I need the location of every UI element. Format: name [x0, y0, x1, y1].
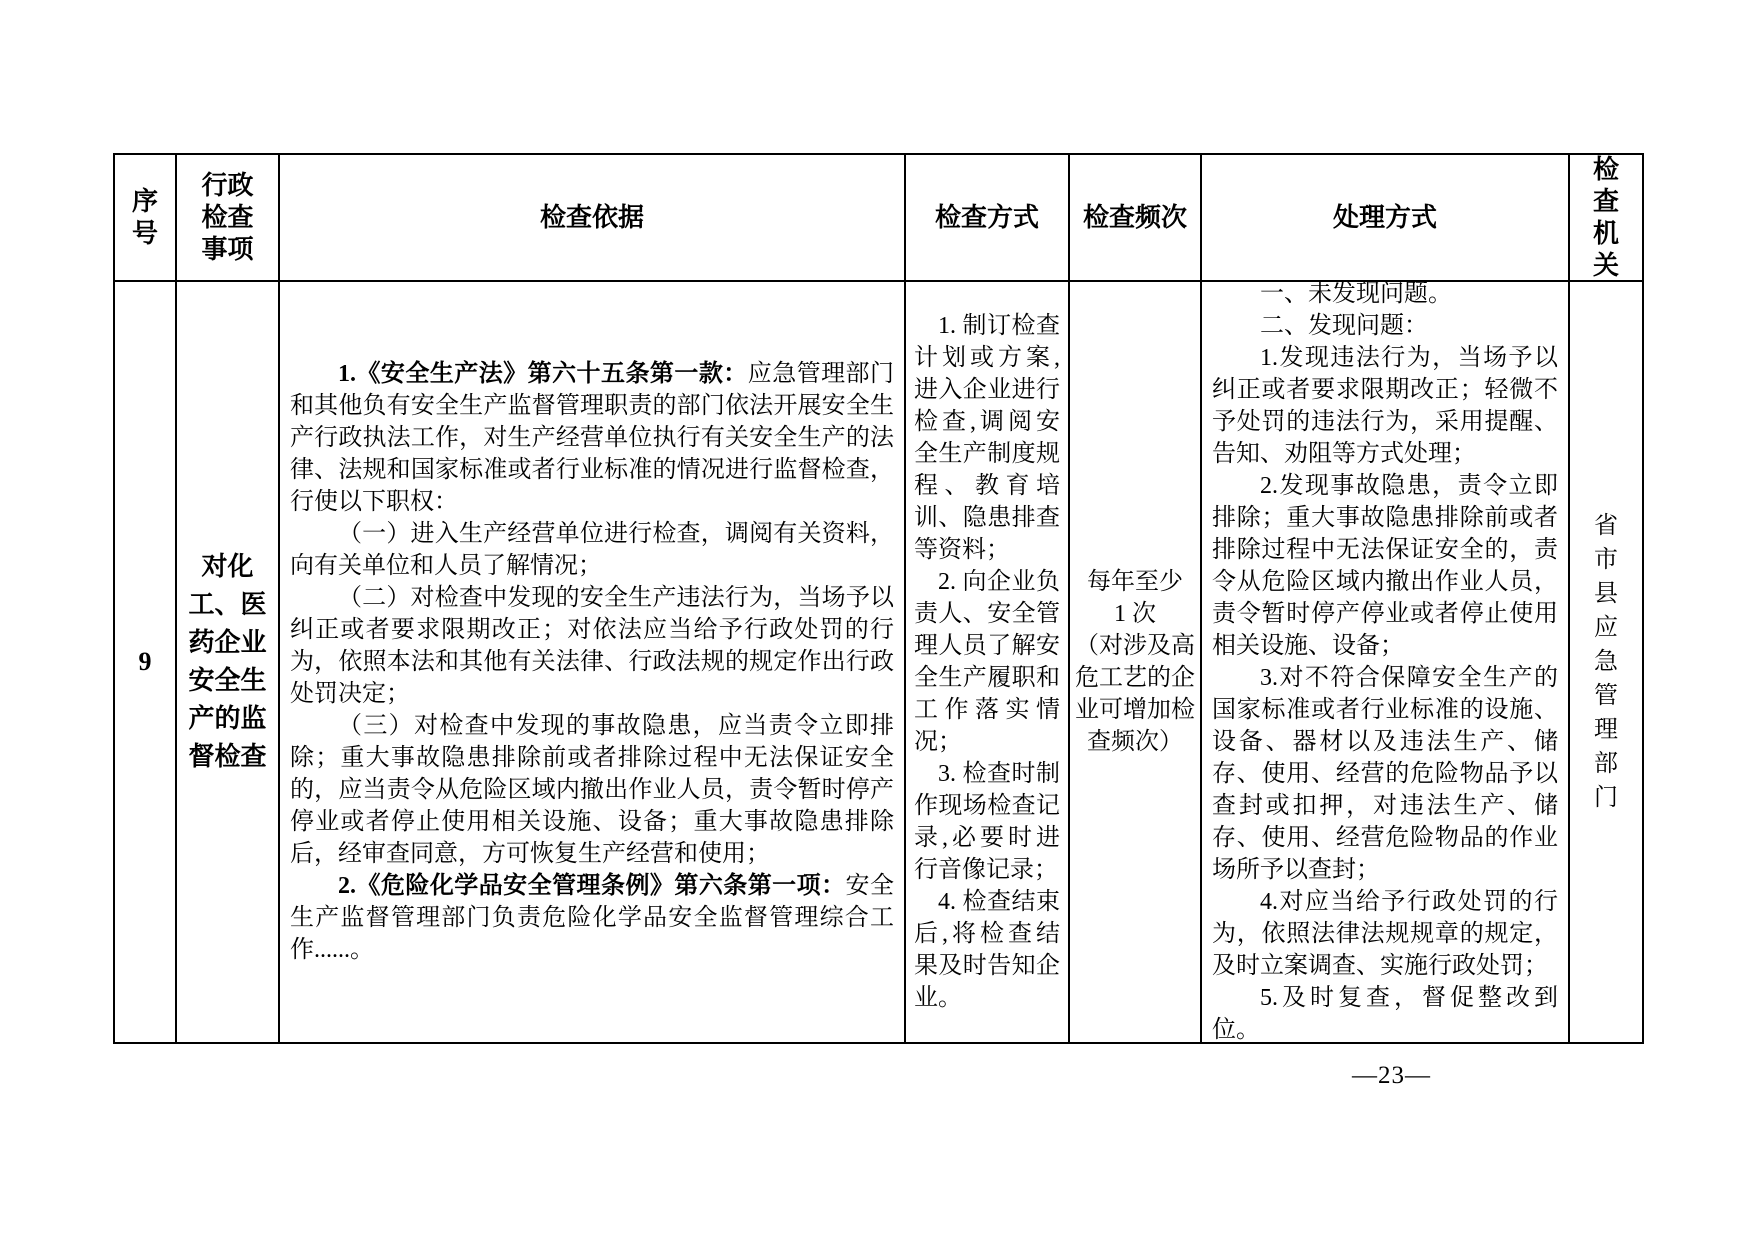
- authority-text: 省市县应急管理部门: [1593, 509, 1618, 815]
- paragraph: 1.发现违法行为，当场予以纠正或者要求限期改正；轻微不予处罚的违法行为，采用提醒…: [1212, 342, 1558, 470]
- paragraph: （二）对检查中发现的安全生产违法行为，当场予以纠正或者要求限期改正；对依法应当给…: [290, 582, 894, 710]
- paragraph: （一）进入生产经营单位进行检查，调阅有关资料，向有关单位和人员了解情况；: [290, 518, 894, 582]
- cell-frequency: 每年至少 1 次 （对涉及高危工艺的企业可增加检查频次）: [1070, 282, 1202, 1042]
- inspection-table: 序号 行政检查事项 检查依据 检查方式 检查频次 处理方式 检查机关 9 对化工…: [113, 153, 1644, 1044]
- paragraph: 2. 向企业负责人、安全管理人员了解安全生产履职和工作落实情况；: [914, 566, 1060, 758]
- item-text: 对化工、医药企业安全生产的监督检查: [177, 548, 278, 776]
- paragraph: 二、发现问题：: [1212, 310, 1558, 342]
- header-seq: 序号: [115, 155, 177, 282]
- header-method: 检查方式: [906, 155, 1070, 282]
- basis-bold-lead: 2.《危险化学品安全管理条例》第六条第一项：: [338, 873, 846, 899]
- paragraph: 5.及时复查，督促整改到位。: [1212, 982, 1558, 1042]
- paragraph: 1.《安全生产法》第六十五条第一款：应急管理部门和其他负有安全生产监督管理职责的…: [290, 358, 894, 518]
- paragraph: 1. 制订检查计划或方案,进入企业进行检查,调阅安全生产制度规程、教育培训、隐患…: [914, 310, 1060, 566]
- paragraph: 4.对应当给予行政处罚的行为，依照法律法规规章的规定，及时立案调查、实施行政处罚…: [1212, 886, 1558, 982]
- paragraph: 3.对不符合保障安全生产的国家标准或者行业标准的设施、设备、器材以及违法生产、储…: [1212, 662, 1558, 886]
- header-item: 行政检查事项: [177, 155, 280, 282]
- header-basis-label: 检查依据: [540, 202, 644, 234]
- frequency-line: 1 次: [1074, 598, 1196, 630]
- paragraph: 4. 检查结束后,将检查结果及时告知企业。: [914, 886, 1060, 1014]
- paragraph: （三）对检查中发现的事故隐患，应当责令立即排除；重大事故隐患排除前或者排除过程中…: [290, 710, 894, 870]
- header-basis: 检查依据: [280, 155, 906, 282]
- seq-number: 9: [139, 647, 152, 677]
- header-frequency: 检查频次: [1070, 155, 1202, 282]
- cell-method: 1. 制订检查计划或方案,进入企业进行检查,调阅安全生产制度规程、教育培训、隐患…: [906, 282, 1070, 1042]
- header-authority-label: 检查机关: [1592, 155, 1619, 282]
- cell-seq: 9: [115, 282, 177, 1042]
- paragraph: 一、未发现问题。: [1212, 282, 1558, 310]
- header-handling-label: 处理方式: [1333, 202, 1437, 234]
- frequency-line: 每年至少: [1074, 566, 1196, 598]
- cell-item: 对化工、医药企业安全生产的监督检查: [177, 282, 280, 1042]
- header-method-label: 检查方式: [935, 202, 1039, 234]
- paragraph: 2.《危险化学品安全管理条例》第六条第一项：安全生产监督管理部门负责危险化学品安…: [290, 870, 894, 966]
- basis-bold-lead: 1.《安全生产法》第六十五条第一款：: [338, 361, 748, 387]
- cell-authority: 省市县应急管理部门: [1570, 282, 1642, 1042]
- header-item-label: 行政检查事项: [200, 170, 255, 266]
- cell-basis: 1.《安全生产法》第六十五条第一款：应急管理部门和其他负有安全生产监督管理职责的…: [280, 282, 906, 1042]
- basis-text: （二）对检查中发现的安全生产违法行为，当场予以纠正或者要求限期改正；对依法应当给…: [290, 585, 894, 707]
- header-frequency-label: 检查频次: [1083, 202, 1187, 234]
- frequency-line: （对涉及高危工艺的企业可增加检查频次）: [1074, 630, 1196, 758]
- paragraph: 3. 检查时制作现场检查记录,必要时进行音像记录；: [914, 758, 1060, 886]
- page-number: —23—: [1352, 1062, 1431, 1090]
- basis-text: （三）对检查中发现的事故隐患，应当责令立即排除；重大事故隐患排除前或者排除过程中…: [290, 713, 894, 867]
- header-authority: 检查机关: [1570, 155, 1642, 282]
- cell-handling: 一、未发现问题。 二、发现问题： 1.发现违法行为，当场予以纠正或者要求限期改正…: [1202, 282, 1570, 1042]
- header-seq-label: 序号: [131, 186, 158, 250]
- header-handling: 处理方式: [1202, 155, 1570, 282]
- basis-text: （一）进入生产经营单位进行检查，调阅有关资料，向有关单位和人员了解情况；: [290, 521, 894, 579]
- paragraph: 2.发现事故隐患，责令立即排除；重大事故隐患排除前或者排除过程中无法保证安全的，…: [1212, 470, 1558, 662]
